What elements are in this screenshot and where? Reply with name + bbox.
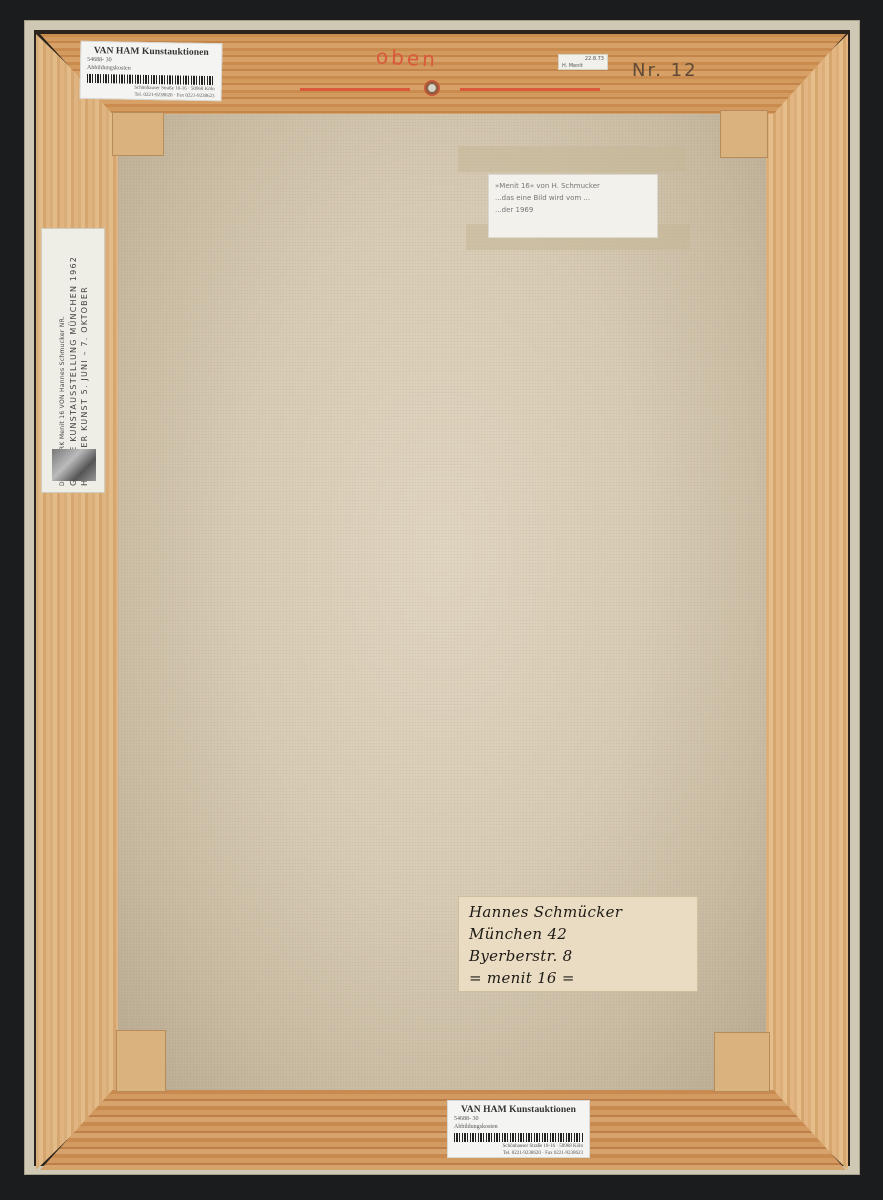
- upper-note-line2: ...das eine Bild wird vom ...: [495, 192, 651, 204]
- upper-note-line1: »Menit 16« von H. Schmucker: [495, 180, 651, 192]
- note-line1: Hannes Schmücker: [469, 901, 687, 923]
- red-arrow-left: [300, 88, 410, 91]
- note-line4: = menit 16 =: [469, 967, 687, 989]
- auction-label-title: VAN HAM Kunstauktionen: [454, 1105, 583, 1115]
- hanging-screw: [424, 80, 440, 96]
- stretcher-bar-bottom: [40, 1090, 846, 1170]
- red-arrow-right: [460, 88, 600, 91]
- stretcher-bar-left: [36, 34, 118, 1170]
- date-label: 22.8.73 H. Menit: [558, 54, 608, 70]
- auction-label-phone: Tel. 0221-9238620 · Fax 0221-9238623: [454, 1151, 583, 1158]
- upper-note-line3: ...der 1969: [495, 204, 651, 216]
- tape-strip-top: [458, 146, 686, 172]
- stretcher-bar-right: [766, 34, 848, 1170]
- barcode: [454, 1133, 583, 1142]
- exhibition-logo-image: [52, 449, 96, 481]
- auction-label-top: VAN HAM Kunstauktionen 54688- 30 Abbildu…: [80, 41, 223, 101]
- corner-wedge-bottom-right: [714, 1032, 770, 1092]
- auction-label-lot: 54688- 30: [454, 1115, 583, 1123]
- red-inscription-oben: oben: [375, 44, 438, 71]
- handwritten-address-note: Hannes Schmücker München 42 Byerberstr. …: [458, 896, 698, 992]
- barcode: [87, 74, 215, 85]
- auction-label-subtitle: Abbildungskosten: [87, 64, 215, 74]
- pencil-number: Nr. 12: [632, 60, 698, 81]
- corner-wedge-top-right: [720, 110, 768, 158]
- note-line2: München 42: [469, 923, 687, 945]
- note-line3: Byerberstr. 8: [469, 945, 687, 967]
- date-label-line2: H. Menit: [562, 63, 604, 70]
- corner-wedge-top-left: [112, 112, 164, 156]
- exhibition-label: DIESES WERK Menit 16 VON Hannes Schmucke…: [41, 228, 105, 493]
- upper-paper-note: »Menit 16« von H. Schmucker ...das eine …: [488, 174, 658, 238]
- corner-wedge-bottom-left: [116, 1030, 166, 1092]
- auction-label-bottom: VAN HAM Kunstauktionen 54688- 30 Abbildu…: [447, 1100, 590, 1158]
- auction-label-subtitle: Abbildungskosten: [454, 1123, 583, 1131]
